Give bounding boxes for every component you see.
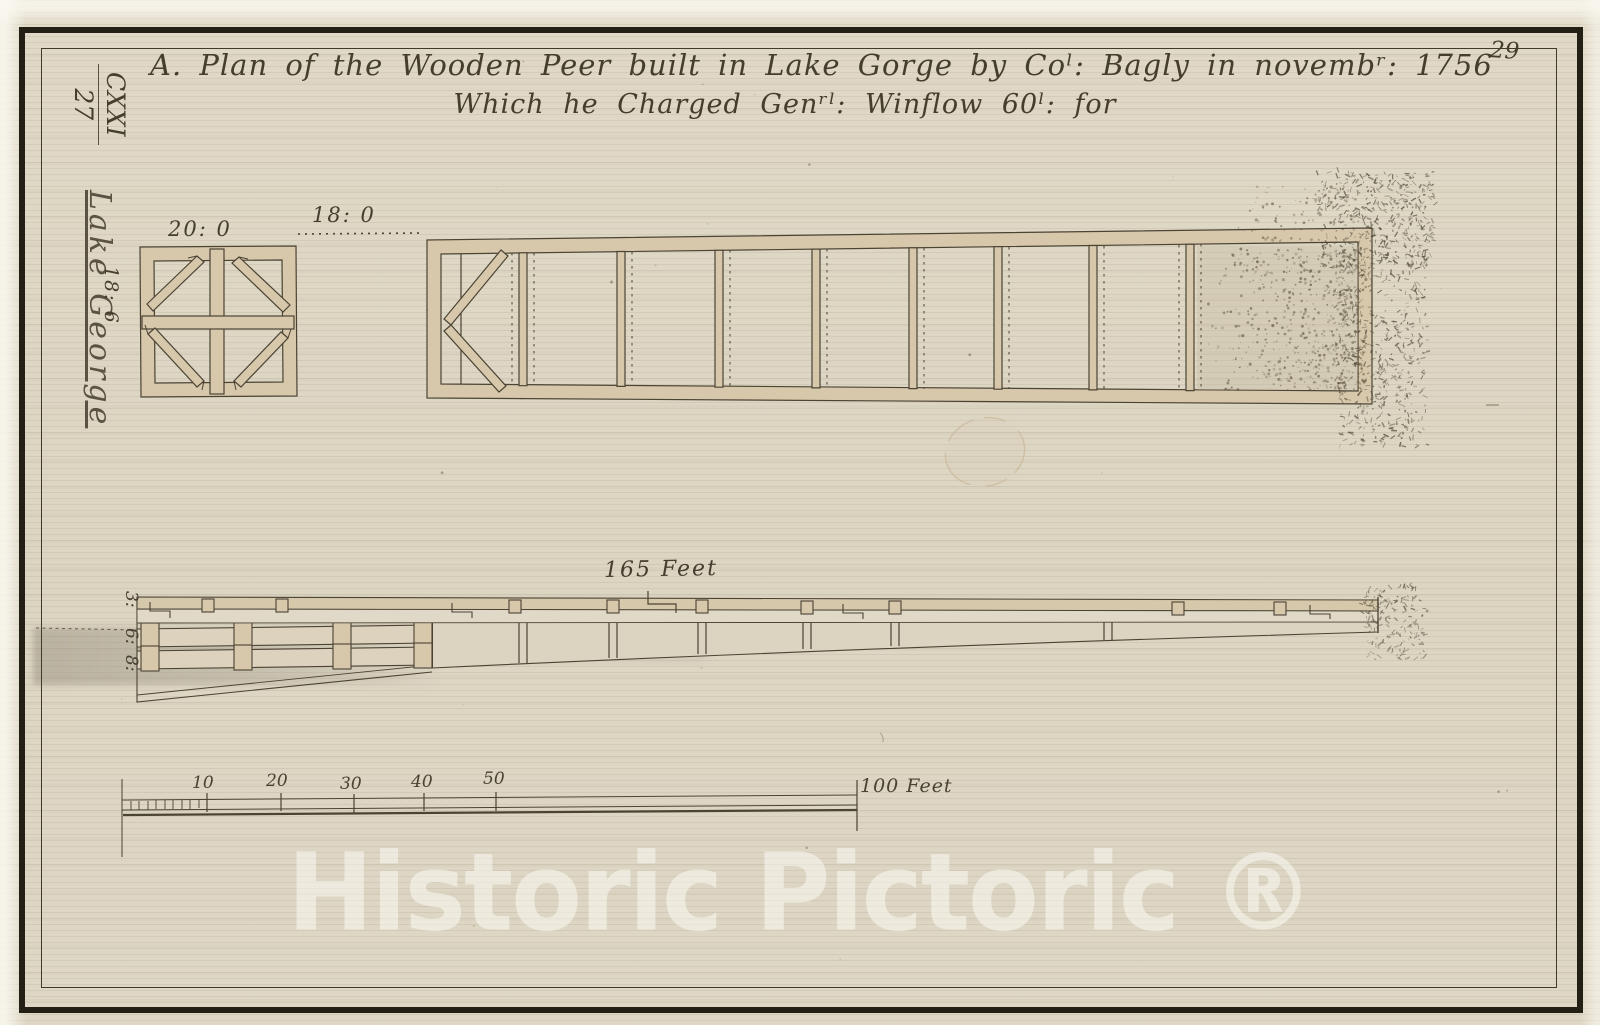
catalog-numerator: CXXI — [98, 64, 129, 145]
title-line-1: A. Plan of the Wooden Peer built in Lake… — [150, 48, 1420, 82]
scale-tick-40: 40 — [411, 772, 433, 792]
catalog-number: CXXI 27 — [69, 64, 130, 145]
scale-tick-30: 30 — [340, 774, 362, 794]
scale-tick-10: 10 — [192, 773, 214, 793]
gap-dotted-line — [298, 233, 424, 234]
scale-tick-20: 20 — [266, 771, 288, 791]
depth-label-6: 6: — [121, 628, 141, 645]
folio-number: 29 — [1489, 37, 1520, 65]
catalog-denominator: 27 — [69, 88, 99, 120]
gap-dimension: 18: 0 — [312, 203, 376, 227]
plan-long-pier — [427, 228, 1372, 404]
depth-label-8: 8: — [121, 655, 141, 672]
paper-specks — [121, 61, 1508, 961]
plan-square-crib — [140, 246, 297, 397]
watermark-text: Historic Pictoric ® — [0, 831, 1600, 956]
depth-label-3: 3: — [121, 591, 141, 608]
scale-end-label: 100 Feet — [860, 775, 953, 797]
crib-width-dimension: 20: 0 — [168, 217, 232, 241]
scale-tick-50: 50 — [483, 769, 505, 789]
pier-length-label: 165 Feet — [604, 556, 718, 583]
paper-stains — [880, 405, 1499, 742]
title-line-2: Which he Charged Genʳˡ: Winflow 60ˡ: for — [150, 89, 1420, 120]
crib-side-dimension: 18: 6 — [100, 266, 122, 325]
manuscript-page: A. Plan of the Wooden Peer built in Lake… — [0, 0, 1600, 1025]
